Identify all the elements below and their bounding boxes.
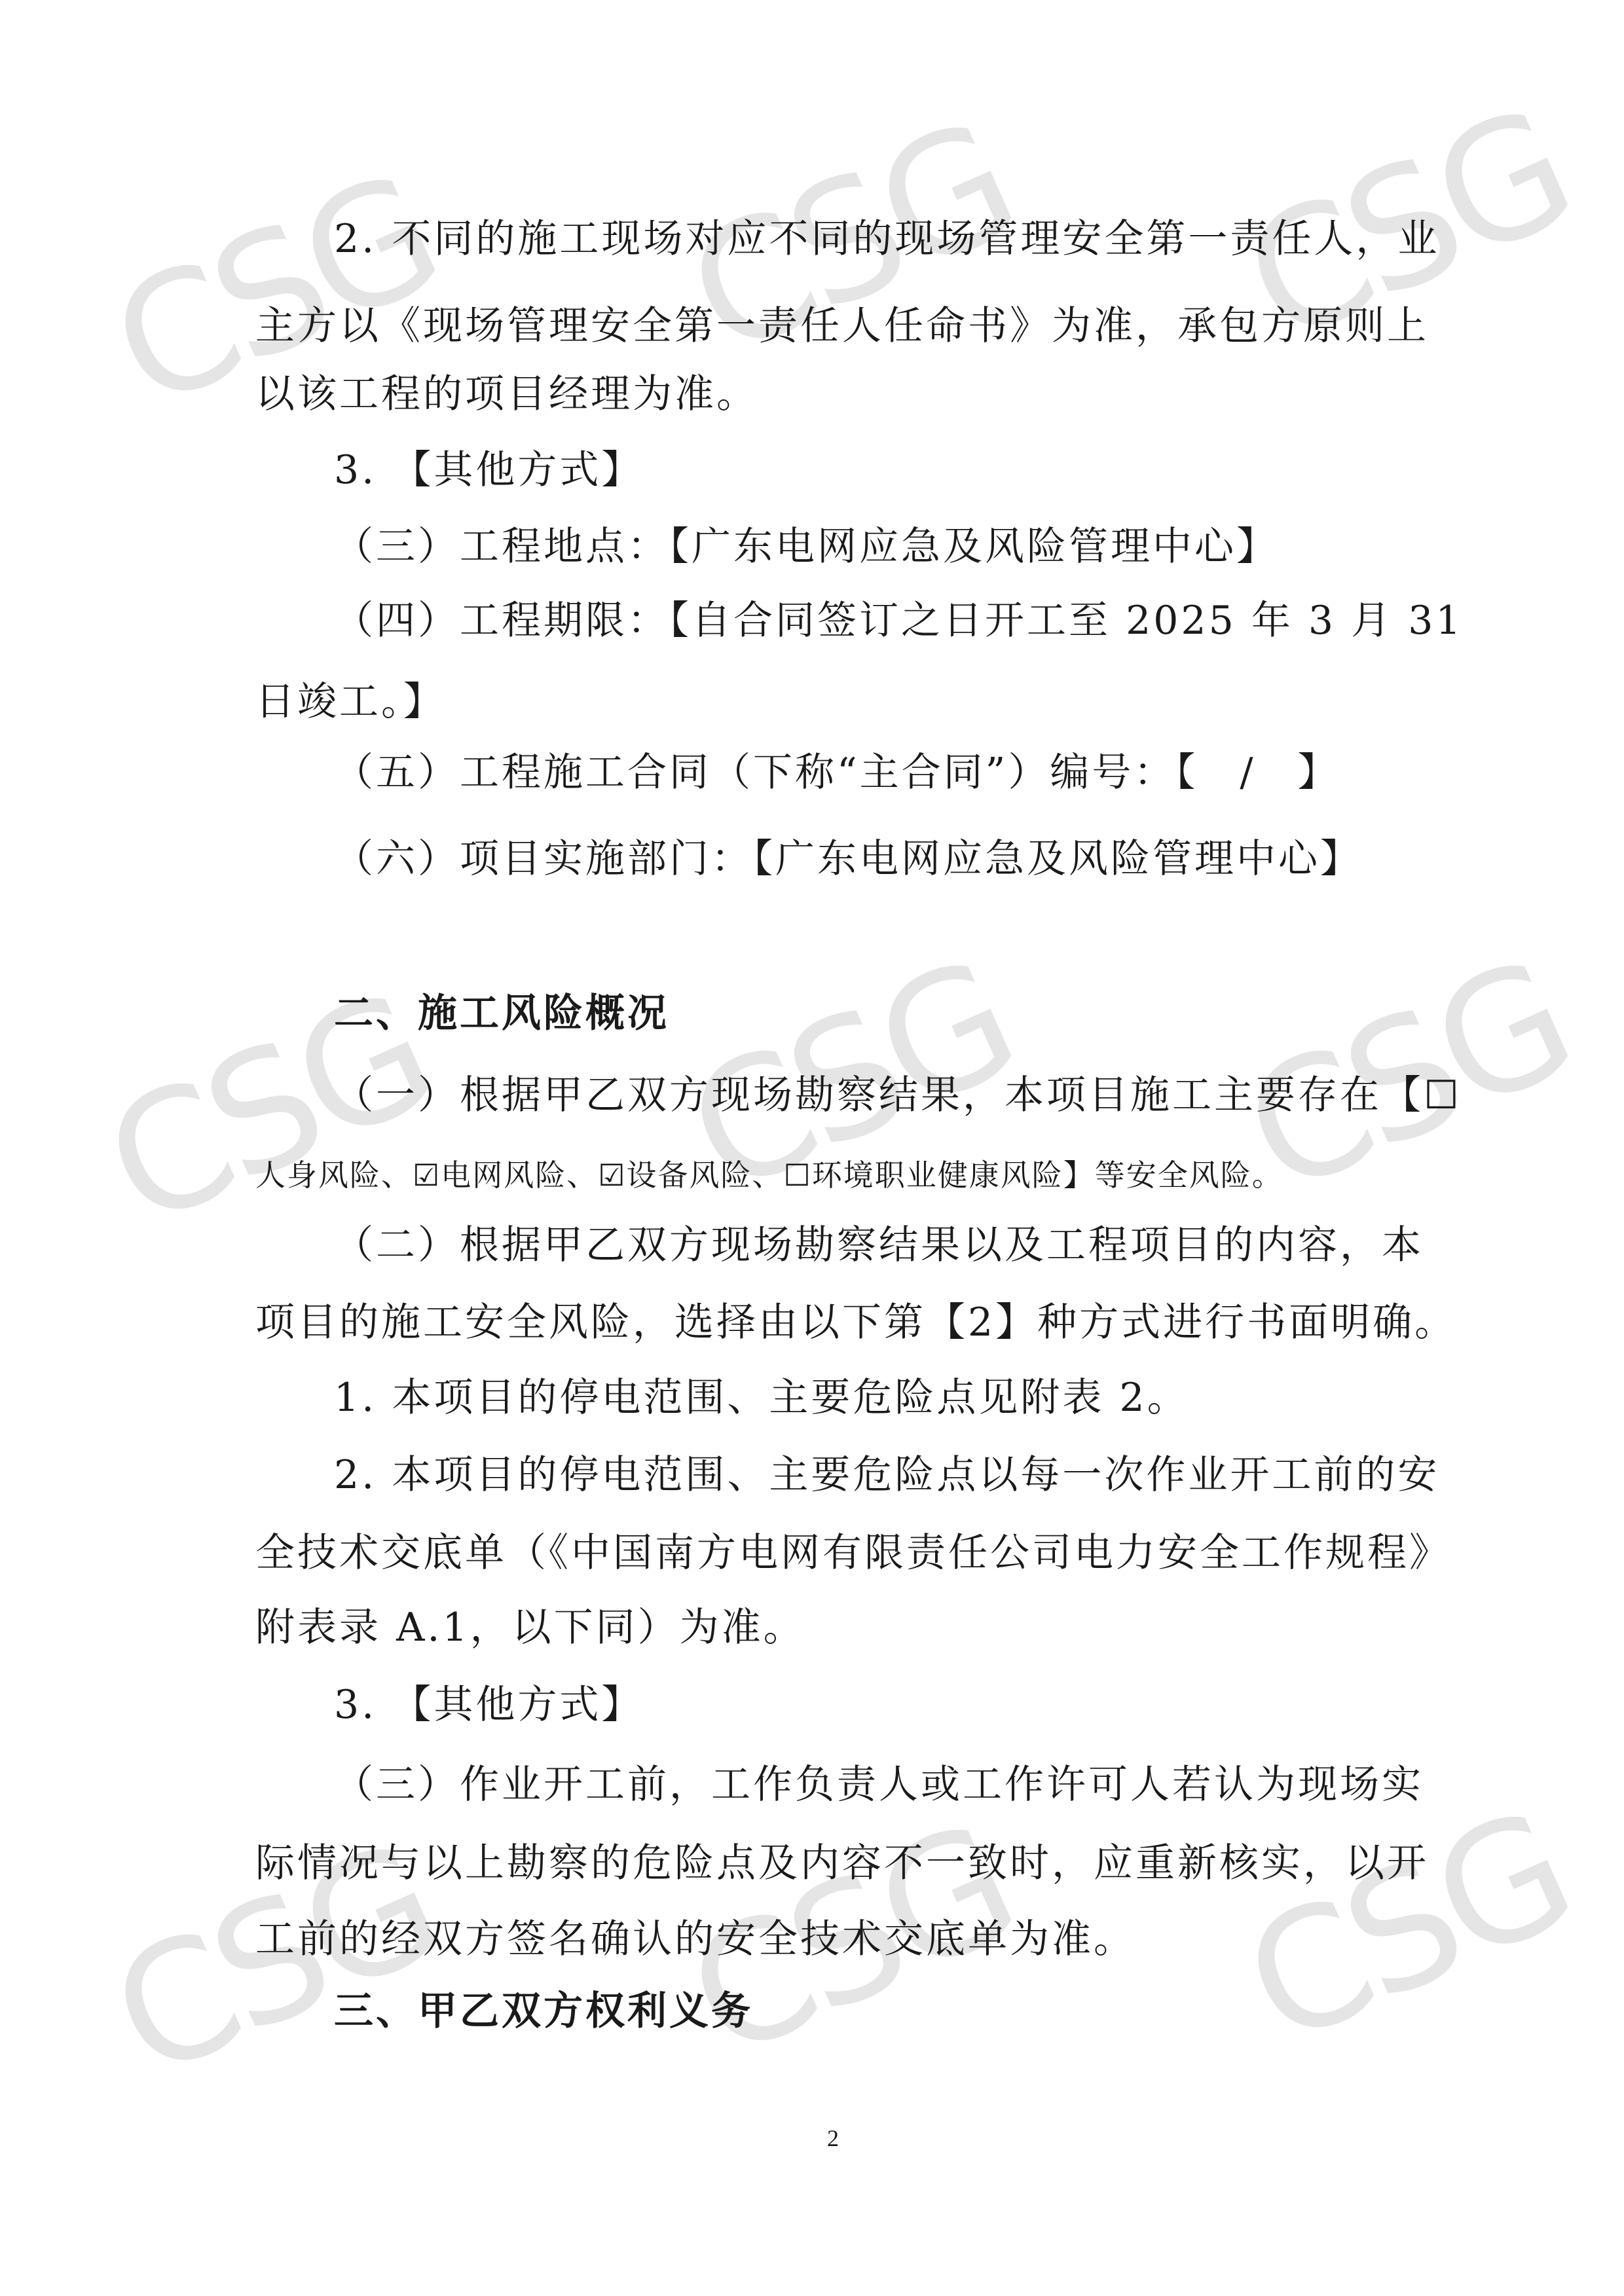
paragraph-line: （三）作业开工前，工作负责人或工作许可人若认为现场实	[334, 1758, 1424, 1811]
watermark-csg: CSG	[1219, 1776, 1594, 2082]
contract-number: （五）工程施工合同（下称“主合同”）编号：【 / 】	[334, 746, 1340, 799]
paragraph-line: 际情况与以上勘察的危险点及内容不一致时，应重新核实，以开	[255, 1837, 1429, 1889]
section-heading-2: 二、施工风险概况	[334, 987, 669, 1040]
paragraph-line: 工前的经双方签名确认的安全技术交底单为准。	[255, 1913, 1135, 1965]
paragraph-line: 3. 【其他方式】	[334, 444, 643, 496]
section-heading-3: 三、甲乙双方权利义务	[334, 1985, 753, 2037]
paragraph-line: 以该工程的项目经理为准。	[255, 368, 758, 420]
paragraph-line: 全技术交底单（《中国南方电网有限责任公司电力安全工作规程》	[255, 1527, 1451, 1579]
implementing-department: （六）项目实施部门：【广东电网应急及风险管理中心】	[334, 833, 1362, 885]
paragraph-line: （二）根据甲乙双方现场勘察结果以及工程项目的内容，本	[334, 1219, 1424, 1271]
paragraph-line: 项目的施工安全风险，选择由以下第【2】种方式进行书面明确。	[255, 1296, 1456, 1349]
paragraph-line: （一）根据甲乙双方现场勘察结果，本项目施工主要存在【☐	[334, 1069, 1462, 1121]
paragraph-line: 附表录 A.1，以下同）为准。	[255, 1601, 805, 1654]
paragraph-line: 日竣工。】	[255, 676, 445, 728]
paragraph-line: 2. 本项目的停电范围、主要危险点以每一次作业开工前的安	[334, 1449, 1439, 1501]
page-number: 2	[827, 2124, 839, 2152]
paragraph-line: 3. 【其他方式】	[334, 1679, 643, 1731]
paragraph-line: 1. 本项目的停电范围、主要危险点见附表 2。	[334, 1372, 1189, 1424]
paragraph-line: 2. 不同的施工现场对应不同的现场管理安全第一责任人，业	[334, 213, 1439, 265]
risk-checkbox-line: 人身风险、☑电网风险、☑设备风险、☐环境职业健康风险】等安全风险。	[255, 1149, 1283, 1201]
project-period: （四）工程期限：【自合同签订之日开工至 2025 年 3 月 31	[334, 594, 1464, 647]
paragraph-line: 主方以《现场管理安全第一责任人任命书》为准，承包方原则上	[255, 300, 1429, 352]
project-location: （三）工程地点：【广东电网应急及风险管理中心】	[334, 520, 1278, 573]
